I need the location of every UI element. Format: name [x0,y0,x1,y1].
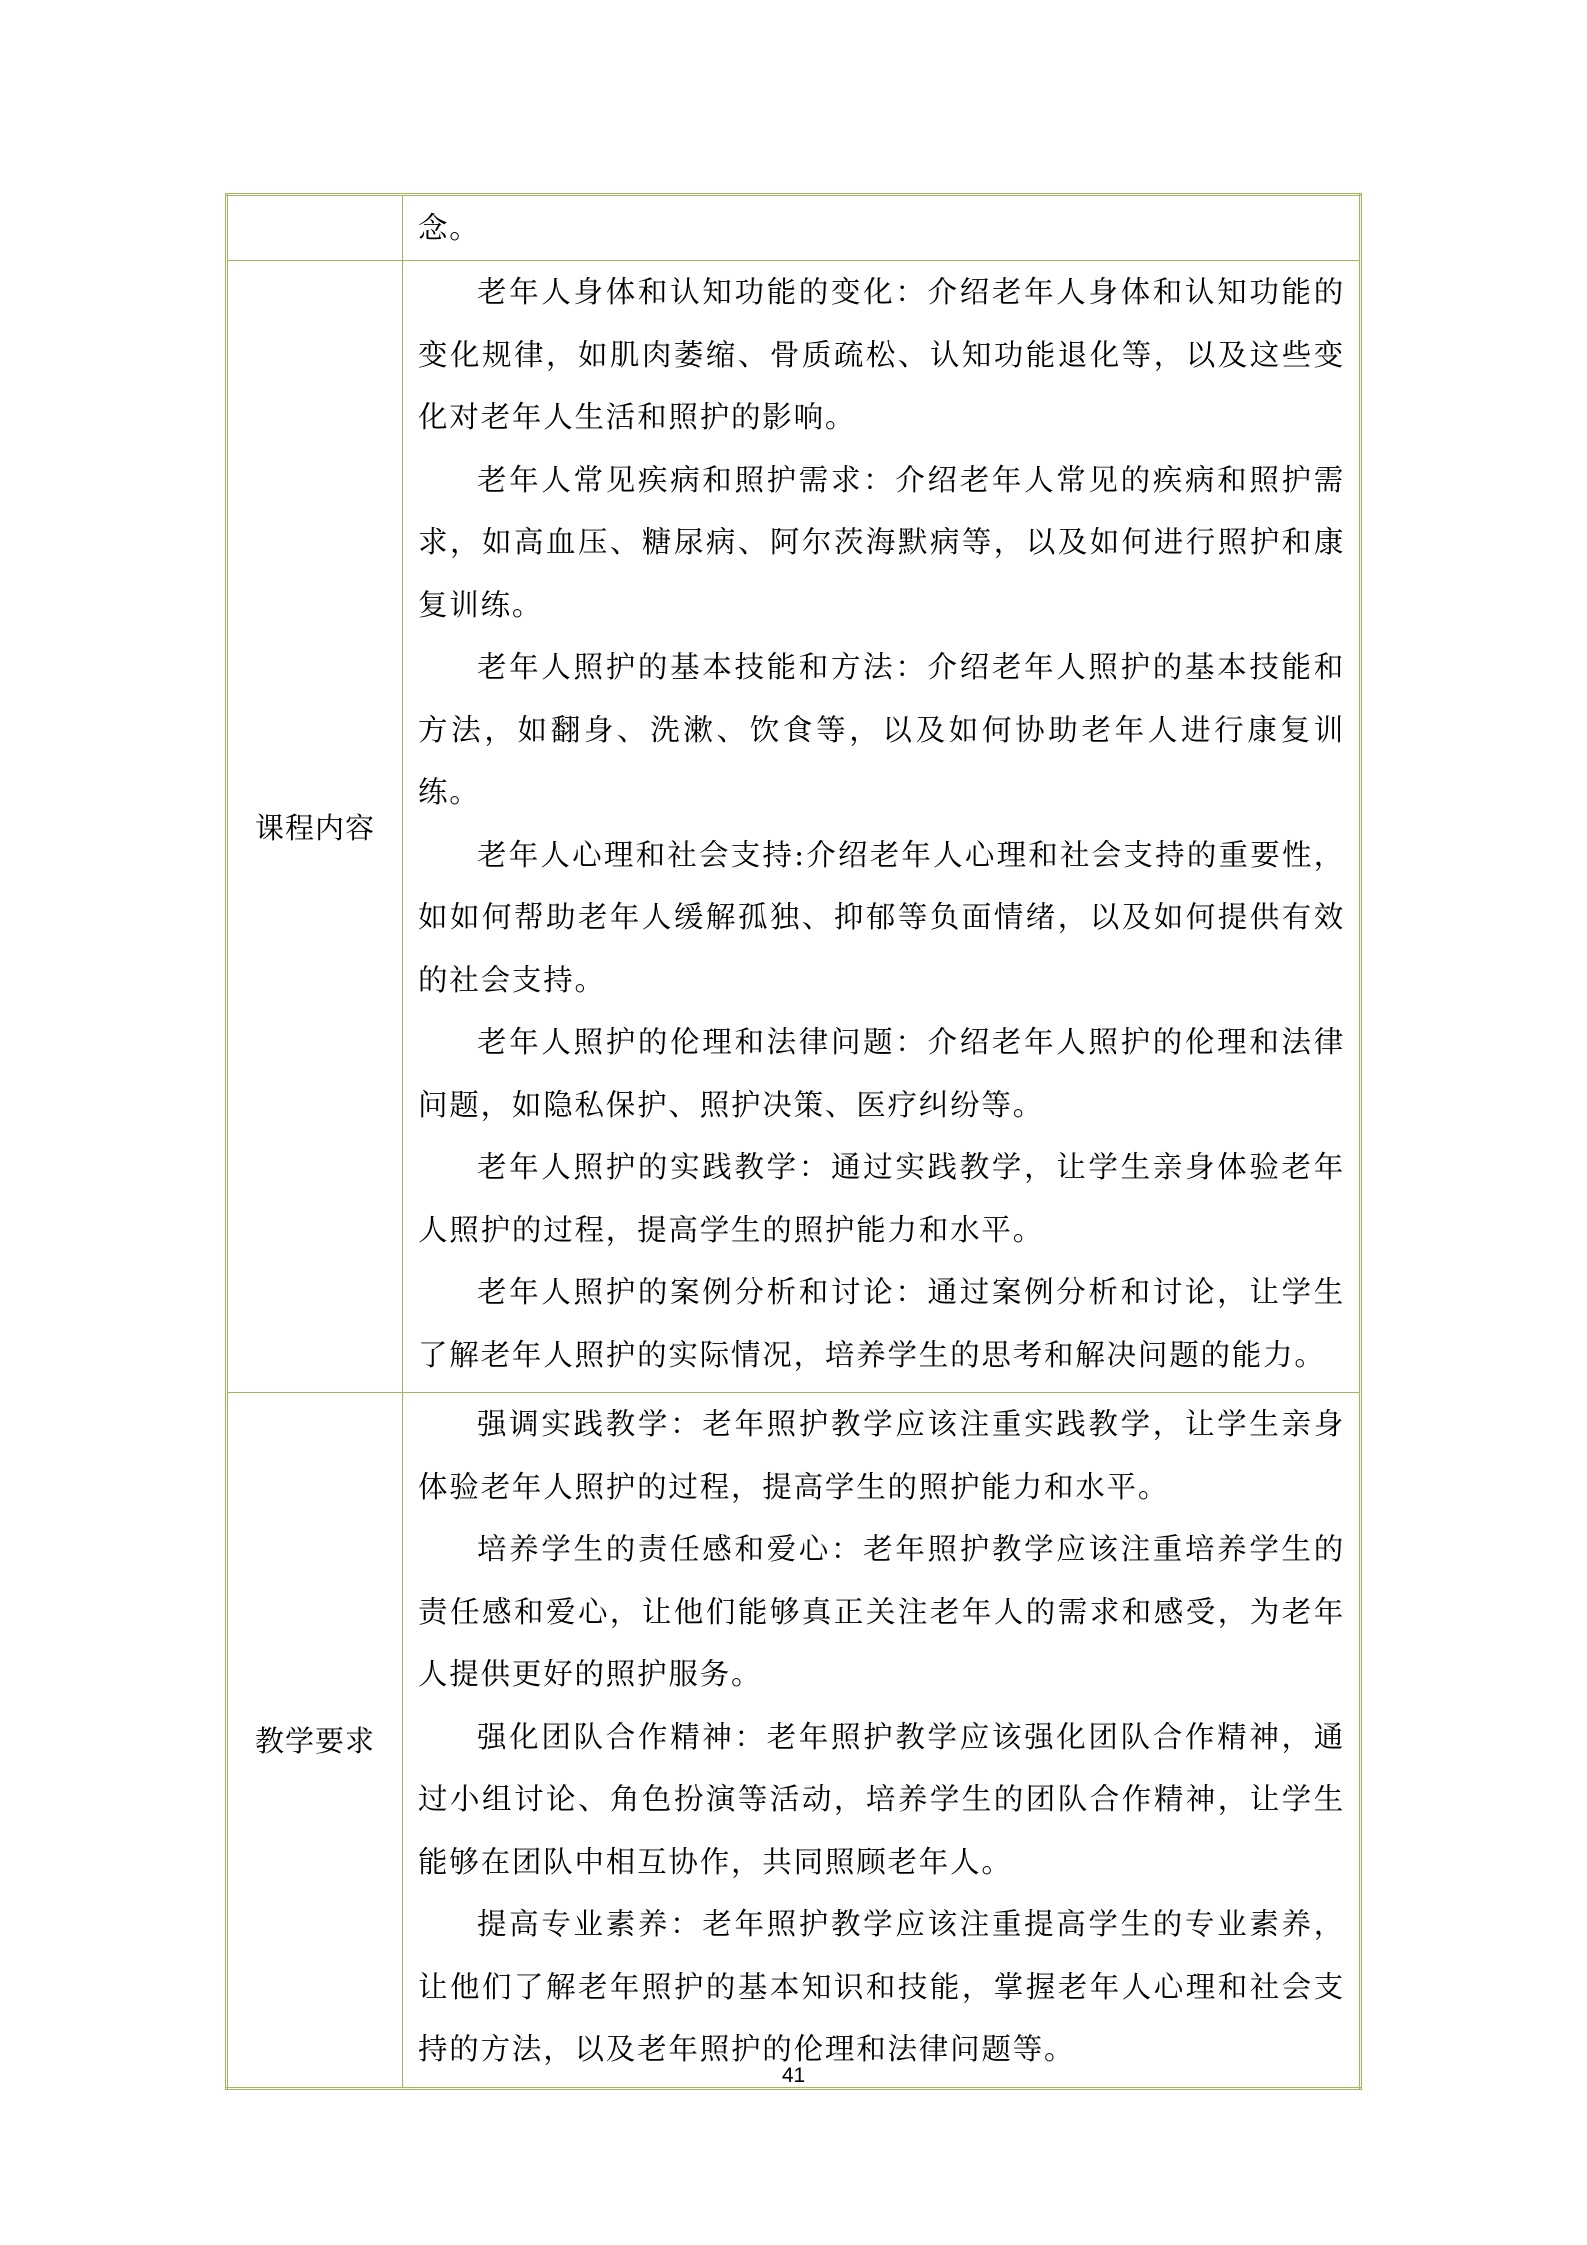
paragraph: 强化团队合作精神：老年照护教学应该强化团队合作精神，通过小组讨论、角色扮演等活动… [418,1706,1345,1894]
course-content-cell: 老年人身体和认知功能的变化：介绍老年人身体和认知功能的变化规律，如肌肉萎缩、骨质… [403,261,1361,1393]
row-label-empty [227,195,403,261]
paragraph: 老年人心理和社会支持:介绍老年人心理和社会支持的重要性，如如何帮助老年人缓解孤独… [418,824,1345,1012]
paragraph: 老年人照护的实践教学：通过实践教学，让学生亲身体验老年人照护的过程，提高学生的照… [418,1136,1345,1261]
table-row-teaching-requirements: 教学要求 强调实践教学：老年照护教学应该注重实践教学，让学生亲身体验老年人照护的… [227,1393,1361,2089]
paragraph: 老年人身体和认知功能的变化：介绍老年人身体和认知功能的变化规律，如肌肉萎缩、骨质… [418,261,1345,449]
paragraph: 老年人照护的伦理和法律问题：介绍老年人照护的伦理和法律问题，如隐私保护、照护决策… [418,1011,1345,1136]
teaching-requirements-cell: 强调实践教学：老年照护教学应该注重实践教学，让学生亲身体验老年人照护的过程，提高… [403,1393,1361,2089]
paragraph: 老年人照护的基本技能和方法：介绍老年人照护的基本技能和方法，如翻身、洗漱、饮食等… [418,636,1345,824]
paragraph: 提高专业素养：老年照护教学应该注重提高学生的专业素养，让他们了解老年照护的基本知… [418,1893,1345,2081]
row-label-teaching-requirements: 教学要求 [227,1393,403,2089]
paragraph: 老年人照护的案例分析和讨论：通过案例分析和讨论，让学生了解老年人照护的实际情况，… [418,1261,1345,1386]
paragraph: 念。 [418,196,1345,257]
paragraph: 老年人常见疾病和照护需求：介绍老年人常见的疾病和照护需求，如高血压、糖尿病、阿尔… [418,449,1345,637]
page-number: 41 [0,2064,1587,2088]
paragraph: 强调实践教学：老年照护教学应该注重实践教学，让学生亲身体验老年人照护的过程，提高… [418,1393,1345,1518]
row-content-continuation: 念。 [403,195,1361,261]
row-label-course-content: 课程内容 [227,261,403,1393]
course-info-table: 念。 课程内容 老年人身体和认知功能的变化：介绍老年人身体和认知功能的变化规律，… [225,193,1362,2090]
table-row-continuation: 念。 [227,195,1361,261]
table-row-course-content: 课程内容 老年人身体和认知功能的变化：介绍老年人身体和认知功能的变化规律，如肌肉… [227,261,1361,1393]
paragraph: 培养学生的责任感和爱心：老年照护教学应该注重培养学生的责任感和爱心，让他们能够真… [418,1518,1345,1706]
